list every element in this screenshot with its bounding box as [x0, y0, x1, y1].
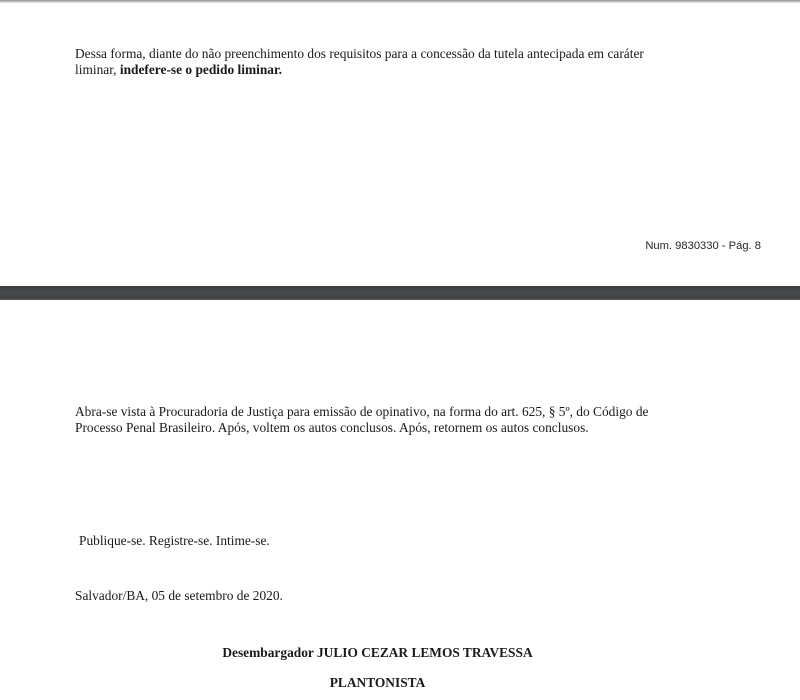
vista-paragraph: Abra-se vista à Procuradoria de Justiça … — [75, 404, 675, 436]
signature-role: PLANTONISTA — [0, 675, 755, 691]
page-number-footer: Num. 9830330 - Pág. 8 — [645, 240, 761, 252]
decision-paragraph: Dessa forma, diante do não preenchimento… — [75, 46, 675, 78]
publique-paragraph: Publique-se. Registre-se. Intime-se. — [79, 533, 679, 549]
place-date: Salvador/BA, 05 de setembro de 2020. — [75, 588, 675, 604]
pdf-viewer: Dessa forma, diante do não preenchimento… — [0, 0, 800, 700]
signature-name: Desembargador JULIO CEZAR LEMOS TRAVESSA — [0, 645, 755, 661]
pdf-page-9 — [0, 300, 800, 700]
decision-bold-text: indefere-se o pedido liminar. — [120, 62, 282, 77]
pdf-page-8: Dessa forma, diante do não preenchimento… — [0, 3, 800, 286]
page-separator — [0, 286, 800, 300]
